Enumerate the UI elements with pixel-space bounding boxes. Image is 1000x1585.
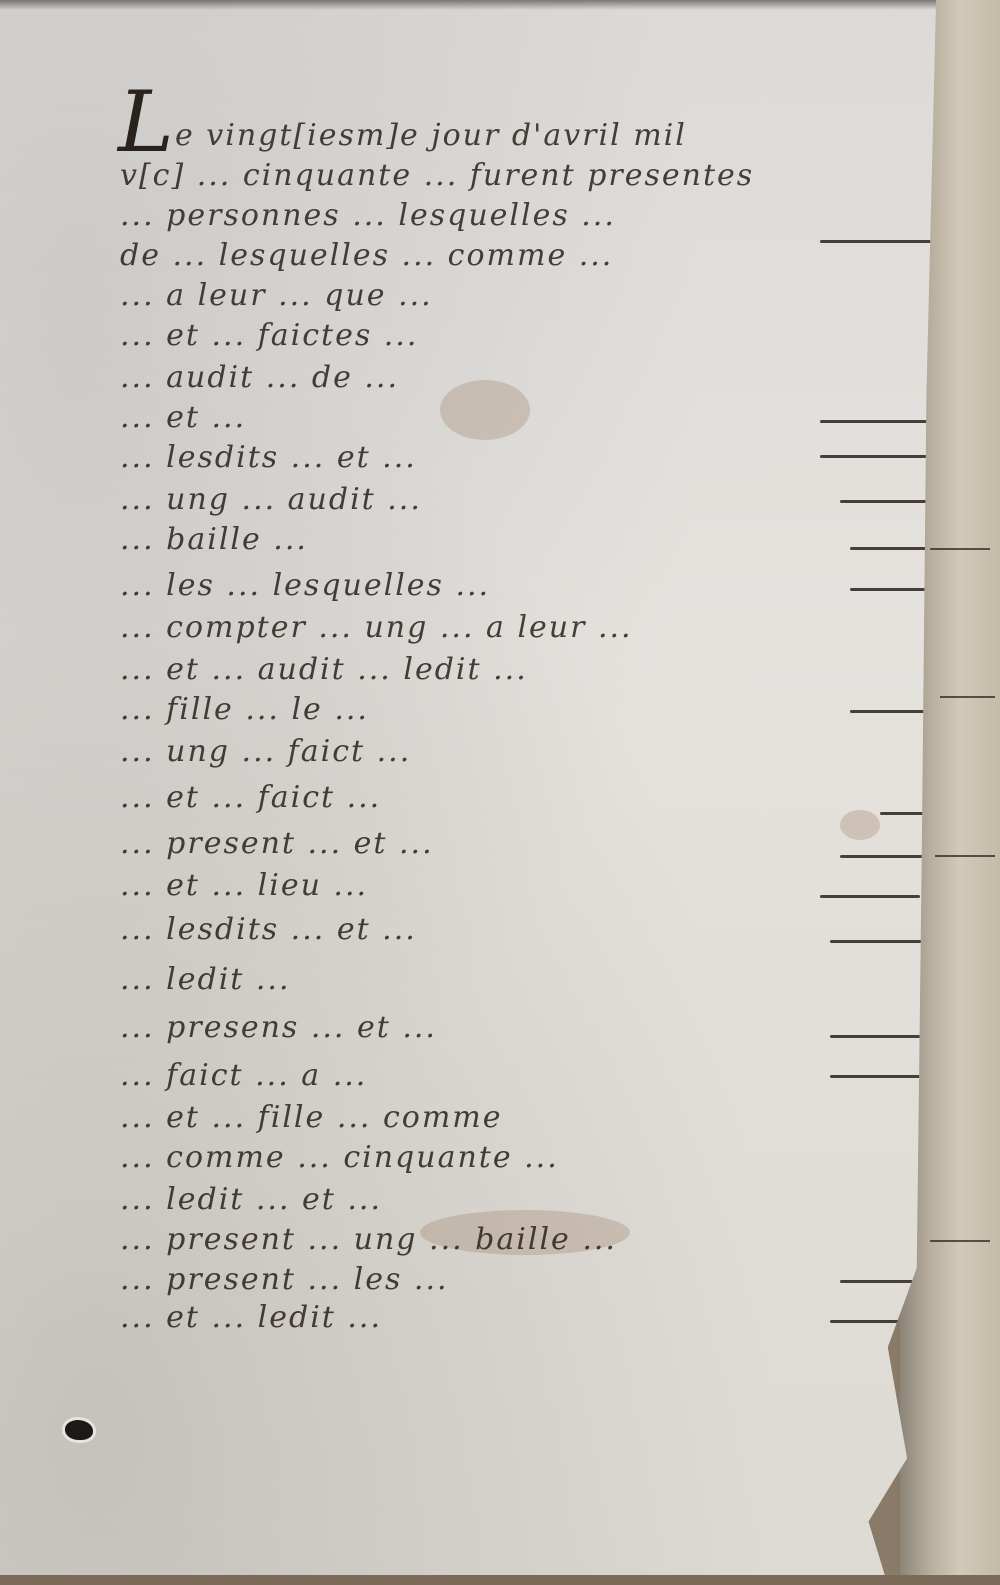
- underlay-ink-line: [930, 548, 990, 550]
- text-line: ... present ... et ...: [120, 826, 434, 861]
- line-filler-stroke: [820, 455, 940, 458]
- underlay-ink-line: [940, 696, 995, 698]
- line-filler-stroke: [820, 420, 930, 423]
- text-line: ... fille ... le ...: [120, 692, 369, 727]
- text-line: ... et ... faict ...: [120, 780, 381, 815]
- text-line: ... et ... ledit ...: [120, 1300, 382, 1335]
- line-filler-stroke: [830, 1075, 930, 1078]
- underlay-ink-line: [935, 855, 995, 857]
- page-top-edge: [0, 0, 965, 10]
- text-line: ... lesdits ... et ...: [120, 440, 417, 475]
- text-line: ... ledit ... et ...: [120, 1182, 382, 1217]
- text-line: e vingt[iesm]e jour d'avril mil: [175, 118, 687, 153]
- line-filler-stroke: [820, 895, 920, 898]
- text-line: ... lesdits ... et ...: [120, 912, 417, 947]
- paper-hole: [65, 1420, 93, 1440]
- text-line: ... et ... fille ... comme: [120, 1100, 502, 1135]
- text-line: ... personnes ... lesquelles ...: [120, 198, 616, 233]
- text-line: ... compter ... ung ... a leur ...: [120, 610, 633, 645]
- text-line: ... present ... ung ... baille ...: [120, 1222, 617, 1257]
- water-stain: [840, 810, 880, 840]
- text-line: ... ledit ...: [120, 962, 291, 997]
- background-surface: [0, 1575, 1000, 1585]
- decorated-initial: L: [118, 80, 174, 164]
- text-line: ... et ... audit ... ledit ...: [120, 652, 528, 687]
- text-line: ... les ... lesquelles ...: [120, 568, 490, 603]
- text-line: ... a leur ... que ...: [120, 278, 433, 313]
- text-line: ... ung ... faict ...: [120, 734, 411, 769]
- water-stain: [440, 380, 530, 440]
- text-line: ... present ... les ...: [120, 1262, 449, 1297]
- text-line: ... et ... lieu ...: [120, 868, 368, 903]
- text-line: ... baille ...: [120, 522, 308, 557]
- text-line: ... faict ... a ...: [120, 1058, 367, 1093]
- text-line: v[c] ... cinquante ... furent presentes: [120, 158, 754, 193]
- underlay-ink-line: [930, 1240, 990, 1242]
- text-line: ... presens ... et ...: [120, 1010, 437, 1045]
- text-line: ... audit ... de ...: [120, 360, 399, 395]
- text-line: ... comme ... cinquante ...: [120, 1140, 559, 1175]
- text-line: de ... lesquelles ... comme ...: [120, 238, 613, 273]
- text-line: ... ung ... audit ...: [120, 482, 422, 517]
- manuscript-page: L e vingt[iesm]e jour d'avril mil v[c] .…: [0, 0, 965, 1585]
- text-line: ... et ...: [120, 400, 246, 435]
- text-line: ... et ... faictes ...: [120, 318, 418, 353]
